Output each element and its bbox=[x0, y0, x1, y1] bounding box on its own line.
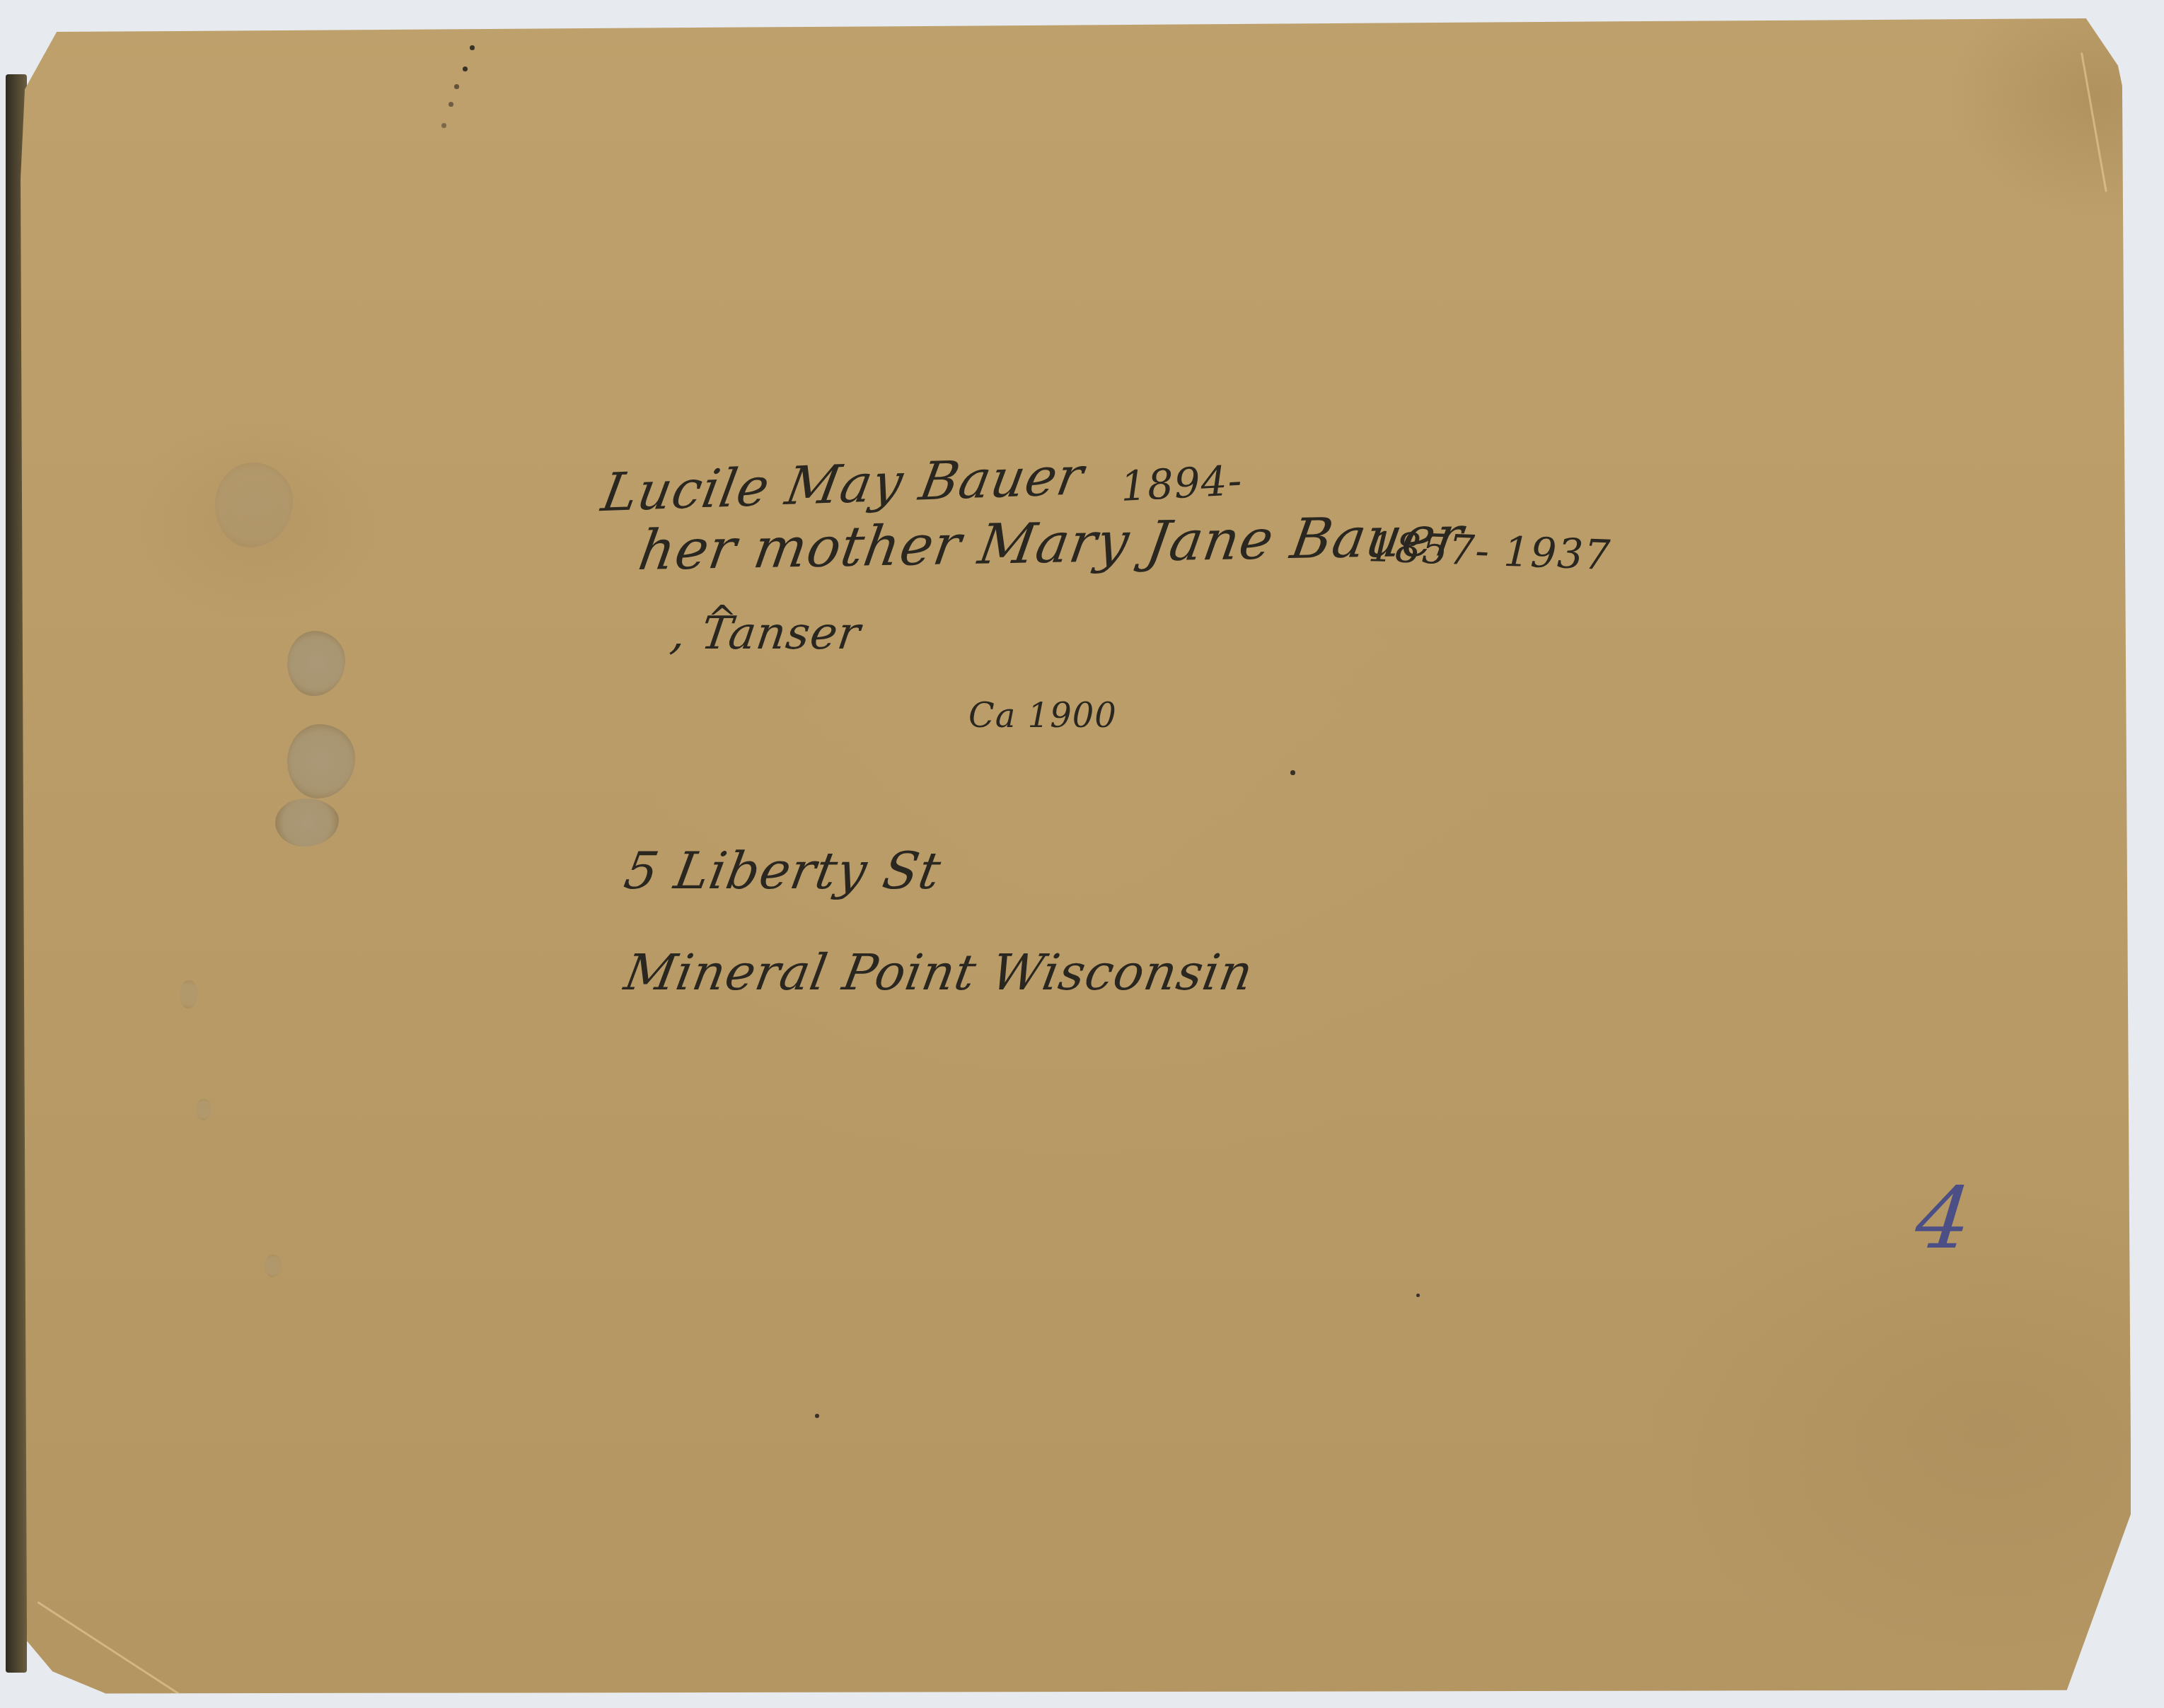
smudge-speckle bbox=[470, 45, 475, 50]
blue-ink-number: 4 bbox=[1911, 1170, 1977, 1268]
note-maiden-name: , Tanser bbox=[668, 608, 864, 660]
smudge-speckle bbox=[449, 102, 453, 107]
paper-tone bbox=[10, 10, 2139, 1700]
ink-dot bbox=[1416, 1294, 1420, 1297]
smudge-speckle bbox=[441, 123, 446, 128]
note-mother-dates: 1857- 1937 bbox=[1367, 523, 1612, 579]
smudge-speckle bbox=[463, 66, 468, 71]
photo-mount-card: Lucile May Bauer 1894- her mother Mary J… bbox=[10, 10, 2139, 1700]
note-birth-year: 1894- bbox=[1119, 456, 1244, 511]
note-circa-date: Ca 1900 bbox=[968, 696, 1117, 736]
note-city-state: Mineral Point Wisconsin bbox=[620, 943, 1258, 1001]
note-street-address: 5 Liberty St bbox=[620, 841, 946, 900]
smudge-speckle bbox=[454, 84, 459, 89]
ink-dot bbox=[815, 1414, 819, 1418]
ink-dot bbox=[1290, 770, 1295, 775]
